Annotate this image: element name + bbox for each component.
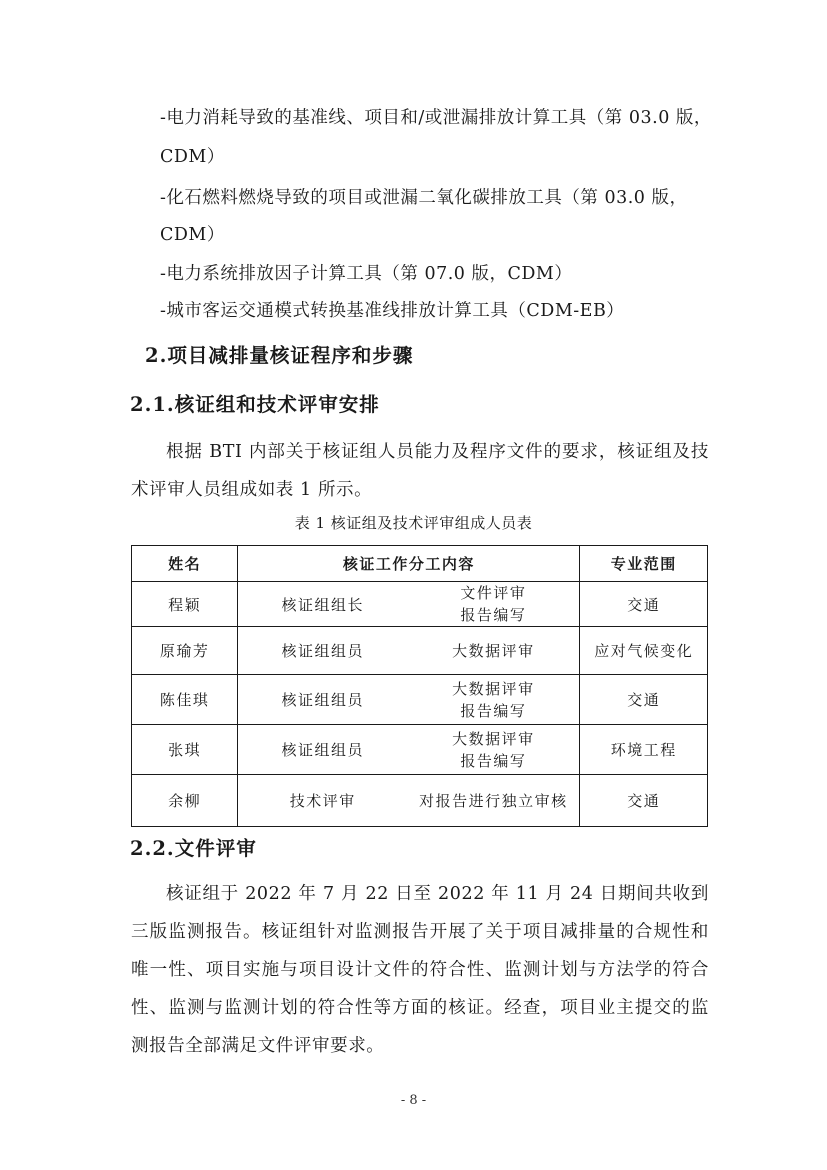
table-row: 原瑜芳 核证组组员 大数据评审 应对气候变化	[132, 627, 708, 675]
cell-name: 陈佳琪	[132, 675, 238, 725]
header-tasks: 核证工作分工内容	[238, 546, 580, 582]
page-number: - 8 -	[0, 1093, 827, 1108]
cell-name: 程颖	[132, 582, 238, 627]
cell-name: 余柳	[132, 775, 238, 827]
cell-field: 交通	[580, 775, 708, 827]
cell-role: 核证组组员	[238, 627, 408, 675]
cell-role: 核证组组员	[238, 725, 408, 775]
table-row: 余柳 技术评审 对报告进行独立审核 交通	[132, 775, 708, 827]
header-field: 专业范围	[580, 546, 708, 582]
section-2-2-heading: 2.2.文件评审	[130, 833, 257, 861]
task-line: 对报告进行独立审核	[409, 790, 577, 812]
cell-tasks: 对报告进行独立审核	[407, 775, 580, 827]
header-name: 姓名	[132, 546, 238, 582]
section-2-heading: 2.项目减排量核证程序和步骤	[145, 340, 413, 368]
table-caption: 表 1 核证组及技术评审组成人员表	[0, 512, 827, 533]
cell-field: 交通	[580, 582, 708, 627]
tool-item-2-line2: CDM）	[160, 221, 225, 246]
task-line: 报告编写	[409, 700, 577, 722]
task-line: 大数据评审	[409, 640, 577, 662]
cell-role: 核证组组员	[238, 675, 408, 725]
verification-team-table: 姓名 核证工作分工内容 专业范围 程颖 核证组组长 文件评审 报告编写 交通 原…	[131, 545, 708, 827]
cell-tasks: 大数据评审	[407, 627, 580, 675]
task-line: 报告编写	[409, 750, 577, 772]
tool-item-1-line2: CDM）	[160, 143, 225, 168]
cell-tasks: 大数据评审 报告编写	[407, 675, 580, 725]
cell-tasks: 文件评审 报告编写	[407, 582, 580, 627]
task-line: 大数据评审	[409, 678, 577, 700]
tool-item-2-line1: -化石燃料燃烧导致的项目或泄漏二氧化碳排放工具（第 03.0 版，	[160, 184, 688, 209]
section-2-1-heading: 2.1.核证组和技术评审安排	[130, 389, 380, 417]
cell-role: 技术评审	[238, 775, 408, 827]
cell-role: 核证组组长	[238, 582, 408, 627]
cell-field: 环境工程	[580, 725, 708, 775]
tool-item-1-line1: -电力消耗导致的基准线、项目和/或泄漏排放计算工具（第 03.0 版，	[160, 104, 712, 129]
cell-tasks: 大数据评审 报告编写	[407, 725, 580, 775]
table-row: 程颖 核证组组长 文件评审 报告编写 交通	[132, 582, 708, 627]
tool-item-3: -电力系统排放因子计算工具（第 07.0 版，CDM）	[160, 260, 572, 285]
table-row: 张琪 核证组组员 大数据评审 报告编写 环境工程	[132, 725, 708, 775]
task-line: 报告编写	[409, 604, 577, 626]
section-2-2-paragraph: 核证组于 2022 年 7 月 22 日至 2022 年 11 月 24 日期间…	[131, 875, 709, 1065]
table-header-row: 姓名 核证工作分工内容 专业范围	[132, 546, 708, 582]
cell-field: 交通	[580, 675, 708, 725]
task-line: 文件评审	[409, 582, 577, 604]
cell-name: 原瑜芳	[132, 627, 238, 675]
cell-field: 应对气候变化	[580, 627, 708, 675]
task-line: 大数据评审	[409, 728, 577, 750]
table-row: 陈佳琪 核证组组员 大数据评审 报告编写 交通	[132, 675, 708, 725]
section-2-1-paragraph: 根据 BTI 内部关于核证组人员能力及程序文件的要求，核证组及技术评审人员组成如…	[131, 433, 709, 509]
tool-item-4: -城市客运交通模式转换基准线排放计算工具（CDM-EB）	[160, 297, 624, 322]
cell-name: 张琪	[132, 725, 238, 775]
